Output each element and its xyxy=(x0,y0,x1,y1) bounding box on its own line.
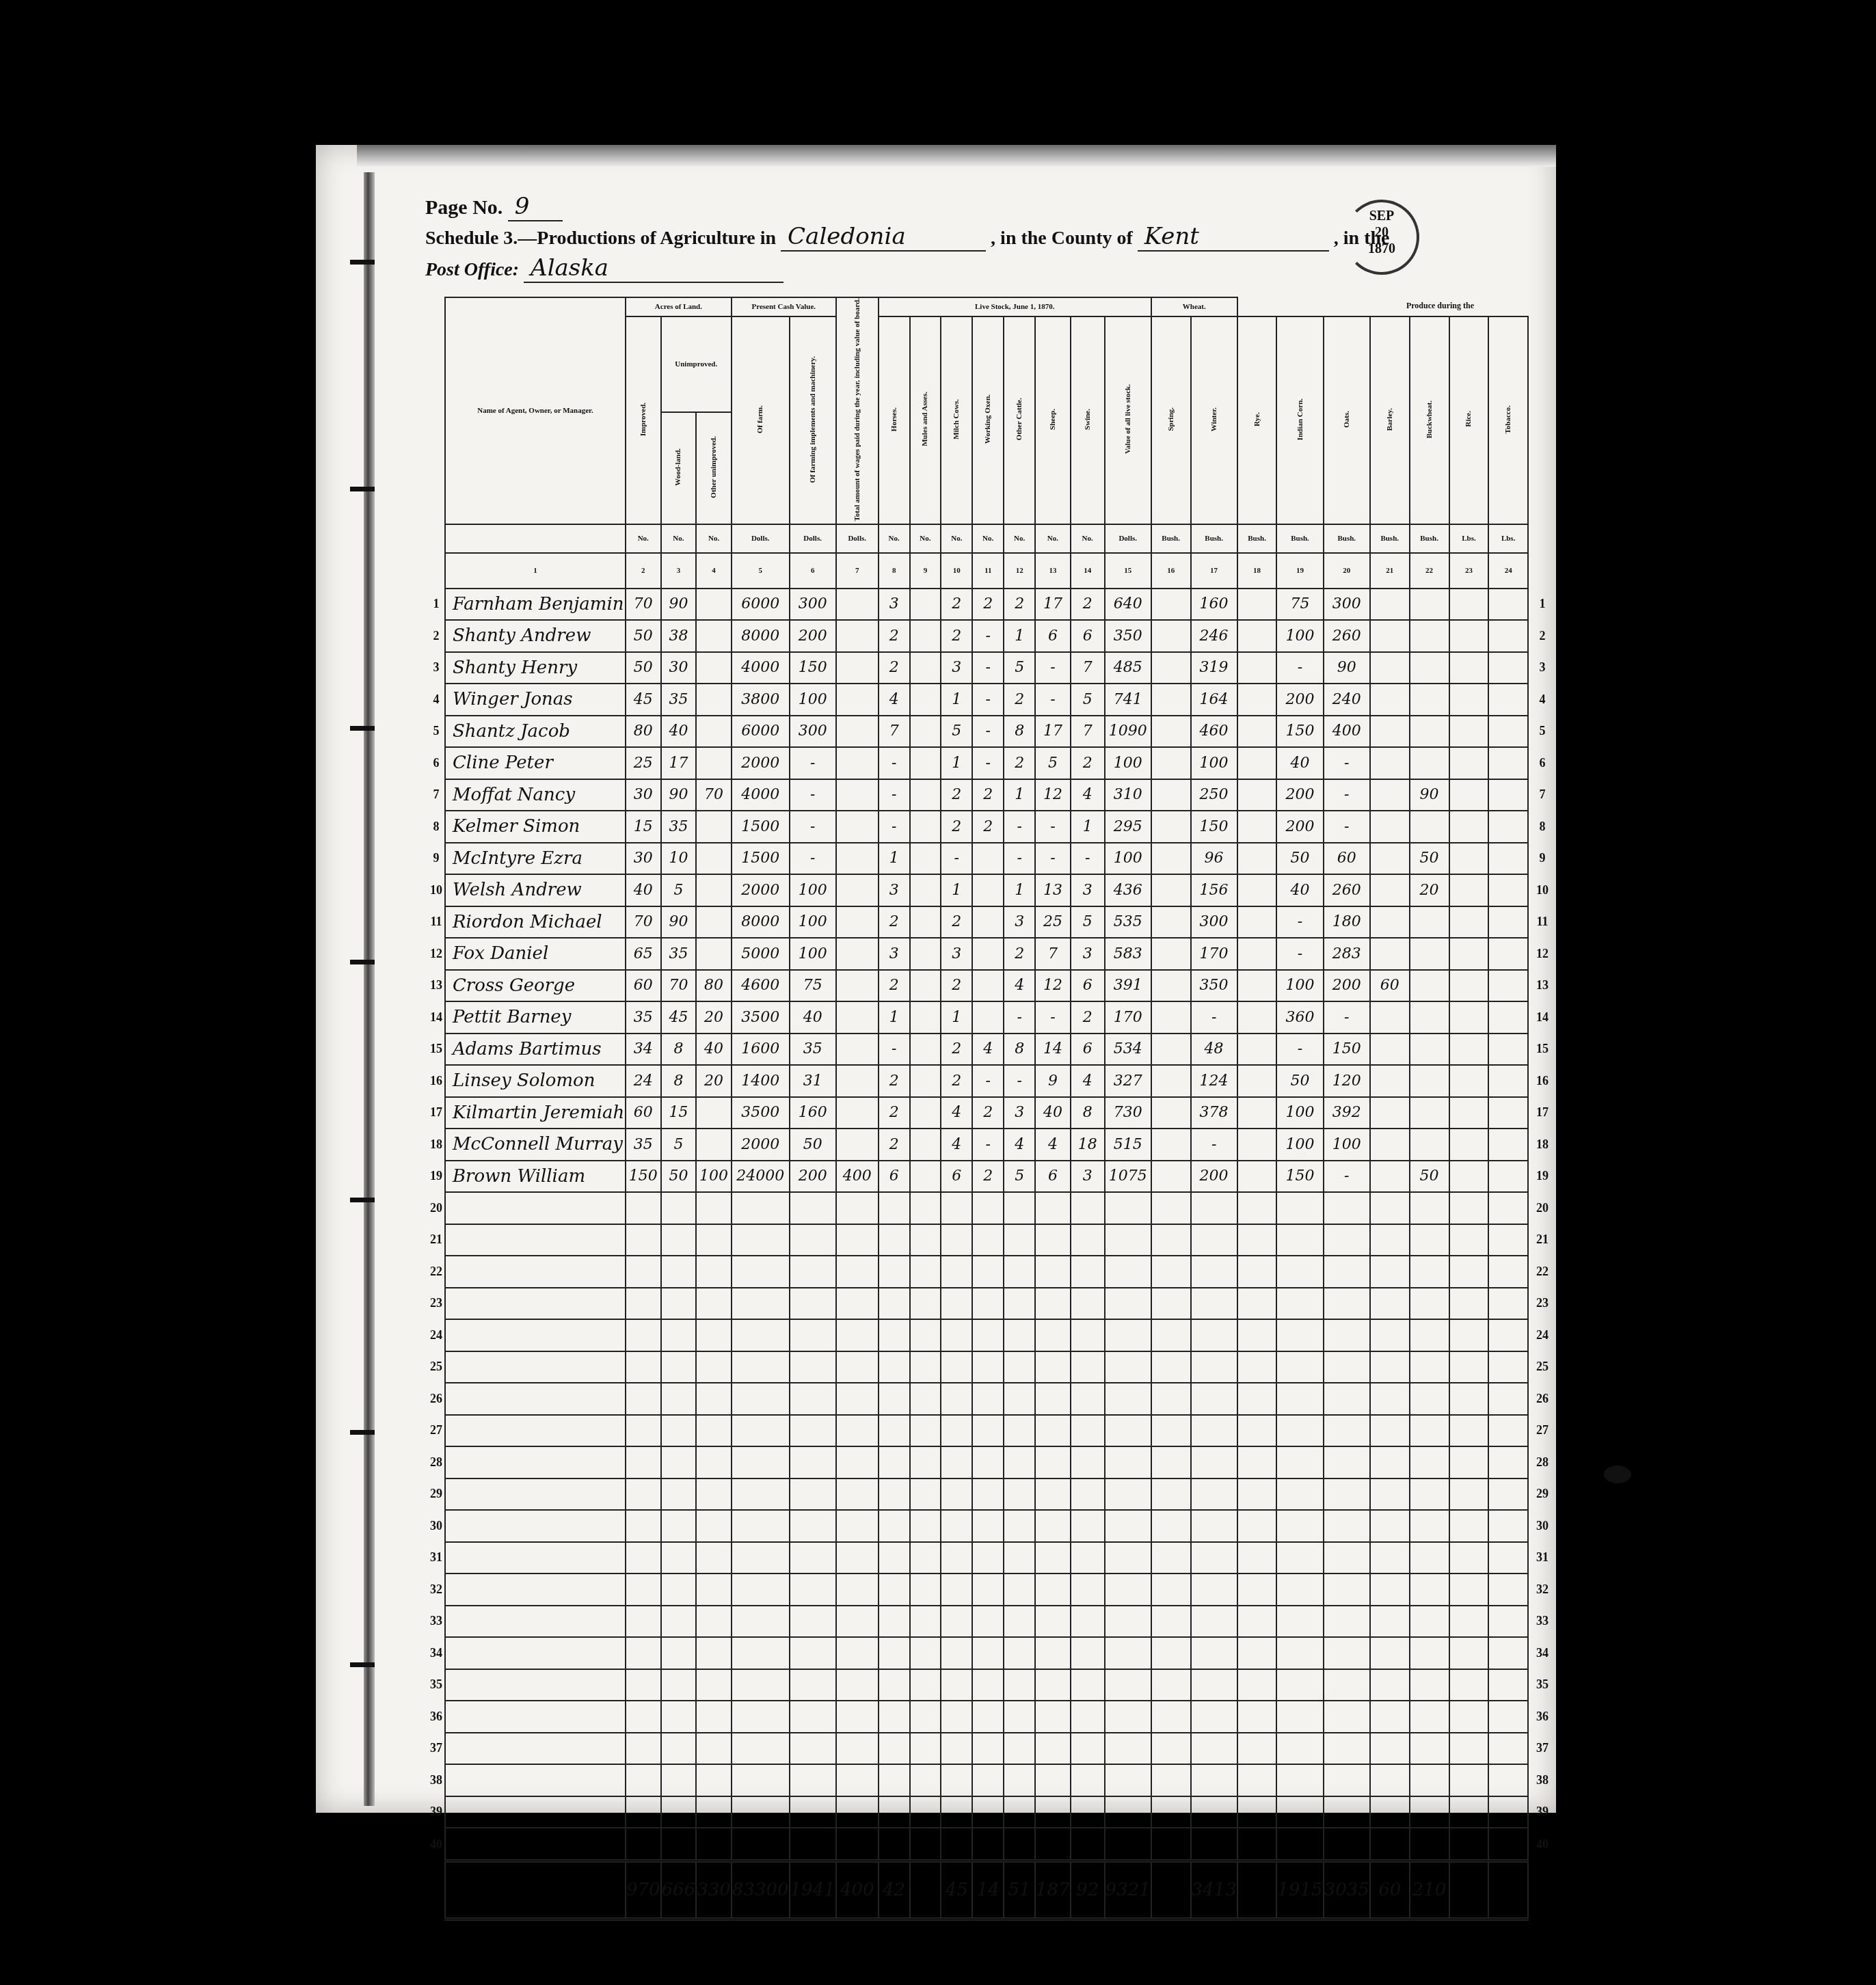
value-cell: 2 xyxy=(1004,684,1035,716)
row-number-right: 8 xyxy=(1528,811,1556,843)
value-cell: - xyxy=(972,620,1004,652)
empty-cell xyxy=(790,1478,836,1511)
empty-cell xyxy=(1276,1796,1323,1828)
empty-cell xyxy=(1410,1828,1449,1861)
total-cell: 970 xyxy=(626,1861,661,1919)
col-2-header: Improved. xyxy=(626,316,661,524)
value-cell: 1600 xyxy=(732,1034,790,1066)
empty-cell xyxy=(1191,1510,1237,1542)
empty-cell xyxy=(445,1351,626,1383)
empty-cell xyxy=(1004,1606,1035,1638)
value-cell xyxy=(1237,1001,1277,1034)
value-cell xyxy=(910,1034,941,1066)
value-cell: 160 xyxy=(790,1097,836,1129)
value-cell: 5 xyxy=(661,1129,697,1161)
empty-cell xyxy=(1151,1288,1191,1320)
value-cell: 3 xyxy=(1071,938,1105,970)
empty-cell xyxy=(1276,1383,1323,1415)
empty-cell xyxy=(1071,1828,1105,1861)
empty-cell xyxy=(972,1256,1004,1288)
empty-cell xyxy=(732,1256,790,1288)
empty-cell xyxy=(1410,1446,1449,1478)
empty-cell xyxy=(732,1415,790,1447)
empty-cell xyxy=(1151,1319,1191,1351)
value-cell xyxy=(1370,1129,1410,1161)
empty-cell xyxy=(1370,1669,1410,1701)
empty-cell xyxy=(941,1733,972,1765)
empty-cell xyxy=(1276,1764,1323,1796)
value-cell: 5000 xyxy=(732,938,790,970)
empty-table-row: 3131 xyxy=(428,1542,1556,1574)
value-cell: 60 xyxy=(1370,970,1410,1002)
value-cell: - xyxy=(972,747,1004,779)
empty-cell xyxy=(790,1510,836,1542)
empty-cell xyxy=(1370,1701,1410,1733)
value-cell xyxy=(1449,938,1489,970)
empty-cell xyxy=(1237,1574,1277,1606)
value-cell: 6 xyxy=(1071,970,1105,1002)
page-number-value: 9 xyxy=(508,193,563,221)
empty-cell xyxy=(732,1796,790,1828)
value-cell: 15 xyxy=(626,811,661,843)
empty-cell xyxy=(1105,1637,1151,1669)
empty-cell xyxy=(1151,1828,1191,1861)
value-cell: 2 xyxy=(1004,747,1035,779)
stamp-month: SEP xyxy=(1347,208,1417,224)
empty-cell xyxy=(1191,1701,1237,1733)
column-number: 20 xyxy=(1324,553,1370,589)
empty-cell xyxy=(1488,1288,1528,1320)
empty-cell xyxy=(1370,1319,1410,1351)
value-cell xyxy=(1370,652,1410,684)
empty-cell xyxy=(1370,1764,1410,1796)
value-cell: - xyxy=(1191,1129,1237,1161)
value-cell xyxy=(1237,652,1277,684)
empty-cell xyxy=(1488,1415,1528,1447)
empty-cell xyxy=(1105,1478,1151,1511)
col-14-label: Swine. xyxy=(1084,409,1092,430)
empty-cell xyxy=(445,1510,626,1542)
binding-tab xyxy=(350,1662,375,1667)
total-cell: 210 xyxy=(1410,1861,1449,1919)
empty-cell xyxy=(1191,1224,1237,1256)
value-cell: 4 xyxy=(1035,1129,1071,1161)
value-cell: 164 xyxy=(1191,684,1237,716)
value-cell: 2 xyxy=(972,811,1004,843)
empty-cell xyxy=(790,1637,836,1669)
empty-cell xyxy=(972,1351,1004,1383)
empty-cell xyxy=(972,1510,1004,1542)
value-cell: 17 xyxy=(661,747,697,779)
value-cell: 34 xyxy=(626,1034,661,1066)
empty-cell xyxy=(1324,1478,1370,1511)
empty-cell xyxy=(941,1415,972,1447)
empty-cell xyxy=(1449,1606,1489,1638)
empty-cell xyxy=(626,1256,661,1288)
empty-cell xyxy=(661,1764,697,1796)
empty-cell xyxy=(732,1383,790,1415)
empty-cell xyxy=(1071,1637,1105,1669)
col-22-header: Buckwheat. xyxy=(1410,316,1449,524)
value-cell: 5 xyxy=(1035,747,1071,779)
value-cell: - xyxy=(1324,747,1370,779)
owner-name-cell: Riordon Michael xyxy=(445,906,626,939)
table-row: 6Cline Peter25172000--1-25210010040-6 xyxy=(428,747,1556,779)
empty-cell xyxy=(836,1224,879,1256)
value-cell: 90 xyxy=(1410,779,1449,811)
value-cell: - xyxy=(790,779,836,811)
empty-cell xyxy=(836,1192,879,1224)
value-cell: 295 xyxy=(1105,811,1151,843)
empty-cell xyxy=(1237,1733,1277,1765)
col-17-header: Winter. xyxy=(1191,316,1237,524)
empty-cell xyxy=(1035,1606,1071,1638)
empty-cell xyxy=(790,1542,836,1574)
empty-cell xyxy=(1370,1256,1410,1288)
empty-cell xyxy=(1237,1701,1277,1733)
value-cell: 1 xyxy=(941,874,972,906)
empty-cell xyxy=(879,1510,910,1542)
value-cell xyxy=(1410,1129,1449,1161)
empty-cell xyxy=(1191,1478,1237,1511)
value-cell: 300 xyxy=(1191,906,1237,939)
empty-cell xyxy=(1276,1256,1323,1288)
empty-cell xyxy=(1151,1510,1191,1542)
value-cell xyxy=(1151,1065,1191,1097)
empty-cell xyxy=(1324,1256,1370,1288)
empty-cell xyxy=(661,1669,697,1701)
empty-cell xyxy=(445,1415,626,1447)
empty-cell xyxy=(790,1224,836,1256)
value-cell xyxy=(1151,747,1191,779)
value-cell: 535 xyxy=(1105,906,1151,939)
row-number: 1 xyxy=(428,589,445,621)
binding-tab xyxy=(350,726,375,731)
empty-cell xyxy=(879,1319,910,1351)
value-cell: 250 xyxy=(1191,779,1237,811)
owner-name-cell: Pettit Barney xyxy=(445,1001,626,1034)
empty-cell xyxy=(1370,1478,1410,1511)
value-cell: 90 xyxy=(1324,652,1370,684)
cash-value-group-header: Present Cash Value. xyxy=(732,297,836,316)
empty-cell xyxy=(1151,1733,1191,1765)
empty-cell xyxy=(1410,1288,1449,1320)
value-cell: 1 xyxy=(1004,874,1035,906)
empty-cell xyxy=(732,1446,790,1478)
row-number-right: 13 xyxy=(1528,970,1556,1002)
empty-cell xyxy=(1237,1542,1277,1574)
empty-cell xyxy=(696,1478,732,1511)
table-row: 11Riordon Michael70908000100223255535300… xyxy=(428,906,1556,939)
value-cell: 35 xyxy=(661,684,697,716)
value-cell xyxy=(696,843,732,875)
owner-name-cell: Shanty Henry xyxy=(445,652,626,684)
empty-cell xyxy=(1035,1669,1071,1701)
empty-cell xyxy=(1370,1637,1410,1669)
empty-cell xyxy=(1191,1192,1237,1224)
value-cell: 2000 xyxy=(732,747,790,779)
empty-cell xyxy=(1151,1415,1191,1447)
empty-cell xyxy=(1410,1574,1449,1606)
value-cell: - xyxy=(1004,1001,1035,1034)
value-cell xyxy=(1151,874,1191,906)
value-cell: 7 xyxy=(879,716,910,748)
empty-cell xyxy=(790,1669,836,1701)
empty-cell xyxy=(790,1701,836,1733)
empty-cell xyxy=(661,1733,697,1765)
value-cell: 90 xyxy=(661,779,697,811)
empty-cell xyxy=(1410,1192,1449,1224)
value-cell: 2 xyxy=(941,620,972,652)
unit-cell: No. xyxy=(972,524,1004,553)
value-cell: - xyxy=(972,1065,1004,1097)
empty-cell xyxy=(661,1542,697,1574)
value-cell xyxy=(696,620,732,652)
empty-cell xyxy=(972,1415,1004,1447)
empty-cell xyxy=(445,1733,626,1765)
empty-cell xyxy=(1191,1351,1237,1383)
empty-cell xyxy=(1004,1446,1035,1478)
value-cell: 18 xyxy=(1071,1129,1105,1161)
total-cell: 3413 xyxy=(1191,1861,1237,1919)
value-cell xyxy=(910,1001,941,1034)
empty-cell xyxy=(696,1192,732,1224)
value-cell: 38 xyxy=(661,620,697,652)
empty-cell xyxy=(626,1446,661,1478)
empty-cell xyxy=(836,1637,879,1669)
value-cell: 6 xyxy=(1035,1161,1071,1193)
value-cell: 3 xyxy=(941,938,972,970)
row-number: 12 xyxy=(428,938,445,970)
value-cell xyxy=(1449,1065,1489,1097)
empty-cell xyxy=(1105,1828,1151,1861)
empty-cell xyxy=(910,1701,941,1733)
empty-cell xyxy=(790,1288,836,1320)
empty-cell xyxy=(910,1542,941,1574)
empty-cell xyxy=(941,1256,972,1288)
row-number-right: 40 xyxy=(1528,1828,1556,1861)
row-number-right: 21 xyxy=(1528,1224,1556,1256)
value-cell: 2 xyxy=(1071,1001,1105,1034)
empty-cell xyxy=(1449,1192,1489,1224)
value-cell xyxy=(910,938,941,970)
empty-cell xyxy=(626,1796,661,1828)
value-cell xyxy=(696,589,732,621)
empty-cell xyxy=(972,1224,1004,1256)
empty-cell xyxy=(879,1256,910,1288)
empty-cell xyxy=(1035,1796,1071,1828)
value-cell xyxy=(1449,589,1489,621)
value-cell xyxy=(836,620,879,652)
value-cell xyxy=(910,620,941,652)
total-cell: 42 xyxy=(879,1861,910,1919)
empty-table-row: 2929 xyxy=(428,1478,1556,1511)
empty-cell xyxy=(732,1192,790,1224)
empty-table-row: 4040 xyxy=(428,1828,1556,1861)
row-number-right: 39 xyxy=(1528,1796,1556,1828)
empty-cell xyxy=(732,1733,790,1765)
unit-cell: No. xyxy=(696,524,732,553)
empty-cell xyxy=(1035,1319,1071,1351)
empty-cell xyxy=(1276,1637,1323,1669)
owner-name-cell: Moffat Nancy xyxy=(445,779,626,811)
empty-cell xyxy=(1004,1733,1035,1765)
empty-cell xyxy=(696,1224,732,1256)
value-cell: 31 xyxy=(790,1065,836,1097)
empty-cell xyxy=(1324,1224,1370,1256)
empty-cell xyxy=(445,1478,626,1511)
row-number: 38 xyxy=(428,1764,445,1796)
empty-cell xyxy=(661,1224,697,1256)
col-15-header: Value of all live stock. xyxy=(1105,316,1151,524)
owner-name-cell: Cross George xyxy=(445,970,626,1002)
empty-cell xyxy=(1105,1256,1151,1288)
empty-cell xyxy=(910,1796,941,1828)
value-cell: 20 xyxy=(696,1001,732,1034)
value-cell: 260 xyxy=(1324,620,1370,652)
table-row: 4Winger Jonas4535380010041-2-57411642002… xyxy=(428,684,1556,716)
row-number-right: 9 xyxy=(1528,843,1556,875)
value-cell: 50 xyxy=(661,1161,697,1193)
empty-cell xyxy=(1105,1542,1151,1574)
table-row: 10Welsh Andrew40520001003111334361564026… xyxy=(428,874,1556,906)
value-cell xyxy=(1370,1161,1410,1193)
empty-cell xyxy=(445,1764,626,1796)
unit-cell xyxy=(445,524,626,553)
empty-cell xyxy=(1105,1701,1151,1733)
empty-cell xyxy=(1035,1701,1071,1733)
unit-cell: Dolls. xyxy=(732,524,790,553)
empty-cell xyxy=(836,1319,879,1351)
row-number-right: 16 xyxy=(1528,1065,1556,1097)
value-cell: 360 xyxy=(1276,1001,1323,1034)
value-cell xyxy=(1488,652,1528,684)
empty-cell xyxy=(445,1192,626,1224)
empty-cell xyxy=(879,1796,910,1828)
value-cell xyxy=(1237,811,1277,843)
column-number: 18 xyxy=(1237,553,1277,589)
value-cell xyxy=(972,938,1004,970)
value-cell xyxy=(1237,843,1277,875)
empty-cell xyxy=(661,1319,697,1351)
value-cell xyxy=(1410,1065,1449,1097)
row-number-right: 38 xyxy=(1528,1764,1556,1796)
empty-cell xyxy=(1449,1796,1489,1828)
value-cell: - xyxy=(1004,843,1035,875)
empty-cell xyxy=(732,1669,790,1701)
empty-cell xyxy=(941,1478,972,1511)
value-cell: 100 xyxy=(1276,1097,1323,1129)
unimproved-group-header: Unimproved. xyxy=(661,316,732,412)
empty-table-row: 3636 xyxy=(428,1701,1556,1733)
row-number: 29 xyxy=(428,1478,445,1511)
value-cell: 80 xyxy=(626,716,661,748)
value-cell: 3 xyxy=(1071,874,1105,906)
empty-cell xyxy=(1410,1733,1449,1765)
empty-cell xyxy=(1370,1733,1410,1765)
value-cell: 150 xyxy=(1276,1161,1323,1193)
value-cell xyxy=(1151,938,1191,970)
value-cell xyxy=(1488,938,1528,970)
empty-cell xyxy=(790,1574,836,1606)
row-number-right: 22 xyxy=(1528,1256,1556,1288)
empty-cell xyxy=(1105,1192,1151,1224)
empty-cell xyxy=(696,1288,732,1320)
empty-cell xyxy=(1105,1669,1151,1701)
empty-cell xyxy=(1276,1828,1323,1861)
value-cell: 75 xyxy=(790,970,836,1002)
empty-cell xyxy=(626,1478,661,1511)
unit-cell: Bush. xyxy=(1151,524,1191,553)
unit-cell: Bush. xyxy=(1237,524,1277,553)
empty-cell xyxy=(626,1637,661,1669)
value-cell xyxy=(1488,589,1528,621)
empty-cell xyxy=(1276,1542,1323,1574)
binding-strip xyxy=(364,172,375,1806)
empty-cell xyxy=(836,1351,879,1383)
value-cell: 260 xyxy=(1324,874,1370,906)
row-number-right: 37 xyxy=(1528,1733,1556,1765)
empty-cell xyxy=(1071,1764,1105,1796)
census-page: Page No. 9 Schedule 3.—Productions of Ag… xyxy=(316,145,1556,1813)
value-cell: 3 xyxy=(941,652,972,684)
value-cell xyxy=(1488,747,1528,779)
owner-name-cell: Welsh Andrew xyxy=(445,874,626,906)
empty-cell xyxy=(1071,1224,1105,1256)
value-cell xyxy=(1237,938,1277,970)
row-number: 22 xyxy=(428,1256,445,1288)
value-cell xyxy=(1488,716,1528,748)
empty-cell xyxy=(1276,1733,1323,1765)
empty-cell xyxy=(1191,1637,1237,1669)
empty-cell xyxy=(1105,1288,1151,1320)
empty-cell xyxy=(1105,1574,1151,1606)
value-cell: 2 xyxy=(941,906,972,939)
empty-cell xyxy=(1191,1828,1237,1861)
empty-cell xyxy=(1324,1637,1370,1669)
value-cell: 4 xyxy=(879,684,910,716)
table-row: 14Pettit Barney35452035004011--2170-360-… xyxy=(428,1001,1556,1034)
row-number: 39 xyxy=(428,1796,445,1828)
empty-cell xyxy=(910,1669,941,1701)
empty-cell xyxy=(445,1606,626,1638)
column-number: 7 xyxy=(836,553,879,589)
empty-cell xyxy=(836,1383,879,1415)
owner-name-cell: Winger Jonas xyxy=(445,684,626,716)
empty-cell xyxy=(1324,1606,1370,1638)
name-column-header: Name of Agent, Owner, or Manager. xyxy=(445,297,626,524)
empty-cell xyxy=(941,1796,972,1828)
unit-cell: Dolls. xyxy=(836,524,879,553)
row-number-right: 31 xyxy=(1528,1542,1556,1574)
empty-cell xyxy=(879,1542,910,1574)
row-number-right: 11 xyxy=(1528,906,1556,939)
empty-cell xyxy=(941,1701,972,1733)
value-cell xyxy=(1370,1065,1410,1097)
empty-cell xyxy=(1410,1637,1449,1669)
value-cell: 9 xyxy=(1035,1065,1071,1097)
value-cell: 2000 xyxy=(732,1129,790,1161)
value-cell: 2 xyxy=(1071,589,1105,621)
empty-cell xyxy=(626,1542,661,1574)
empty-cell xyxy=(1071,1542,1105,1574)
value-cell: 515 xyxy=(1105,1129,1151,1161)
empty-cell xyxy=(1191,1606,1237,1638)
empty-cell xyxy=(972,1764,1004,1796)
value-cell xyxy=(1370,1034,1410,1066)
value-cell: 50 xyxy=(1410,1161,1449,1193)
empty-cell xyxy=(1004,1478,1035,1511)
